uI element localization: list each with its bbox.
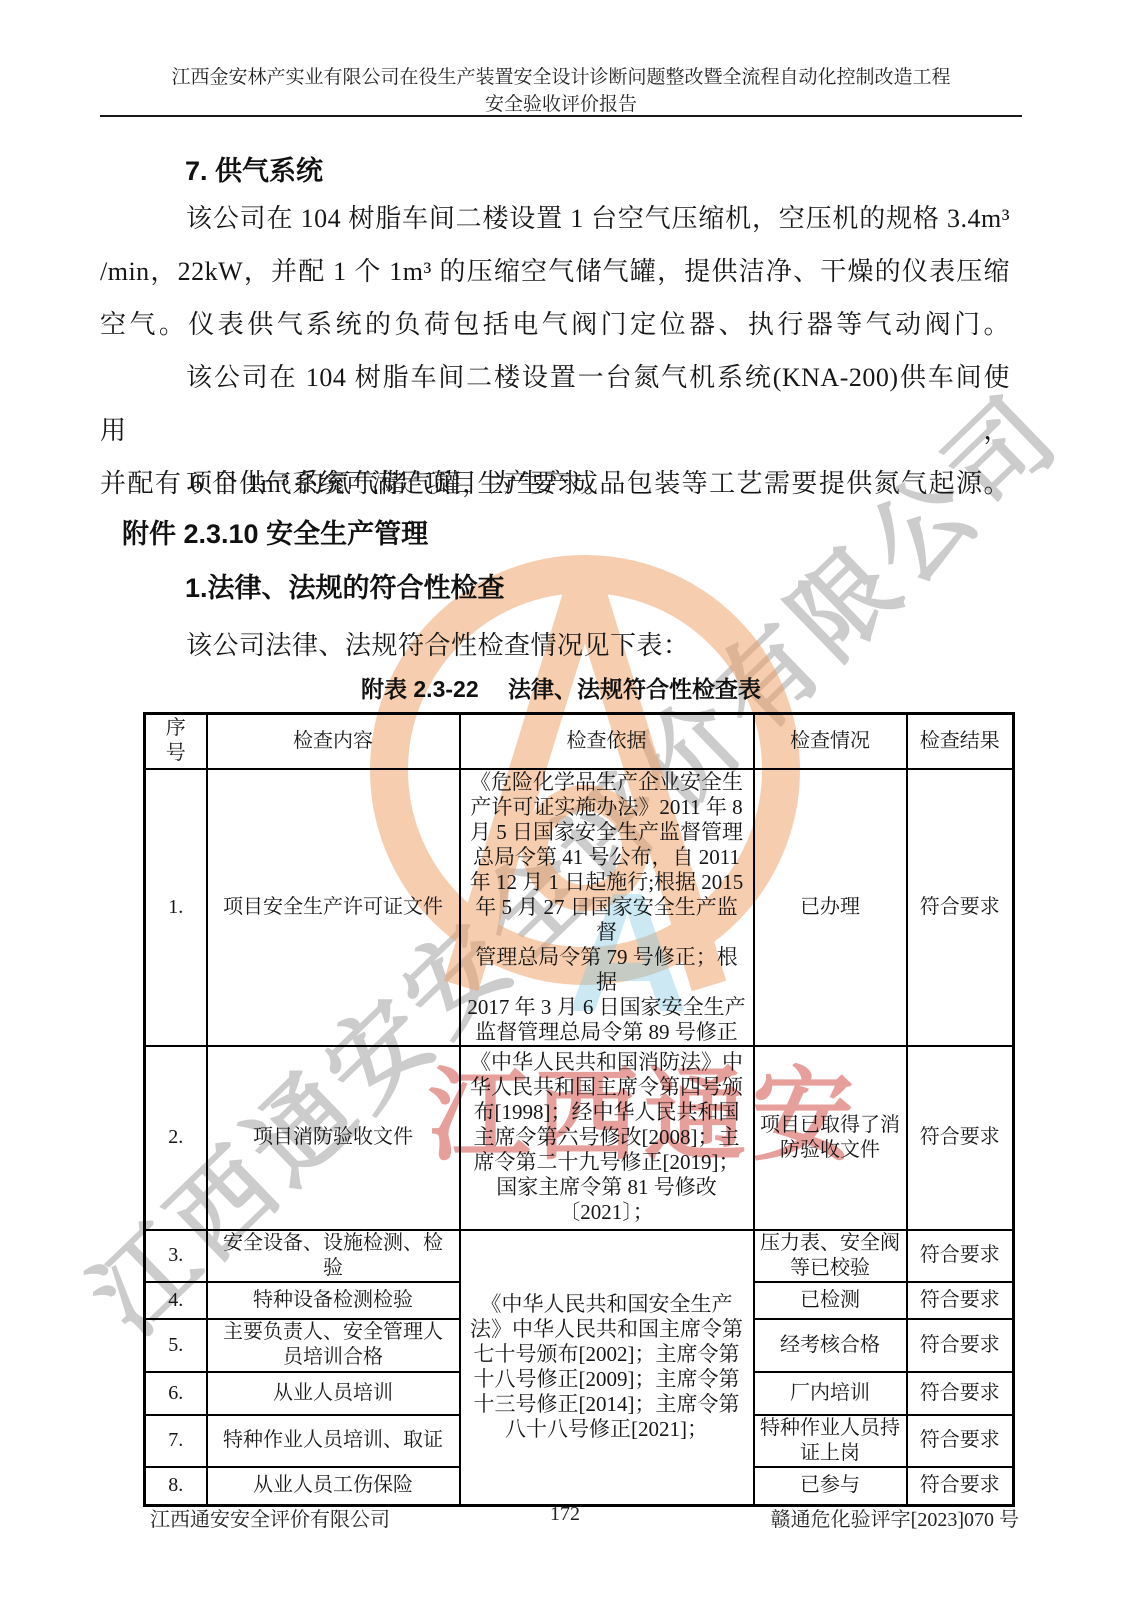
page-footer: 江西通安安全评价有限公司 172 赣通危化验评字[2023]070 号 (0, 1503, 1129, 1533)
footer-page-number: 172 (550, 1503, 580, 1526)
page-header-title: 江西金安林产实业有限公司在役生产装置安全设计诊断问题整改暨全流程自动化控制改造工… (100, 64, 1022, 91)
check-result: 符合要求 (907, 1319, 1014, 1372)
check-basis-merged: 《中华人民共和国安全生产 法》中华人民共和国主席令第 七十号颁布[2002]；主… (460, 1230, 754, 1506)
row-number: 7. (145, 1415, 207, 1467)
row-number: 3. (145, 1230, 207, 1282)
check-content: 项目消防验收文件 (207, 1046, 460, 1230)
check-situation: 特种作业人员持 证上岗 (754, 1415, 907, 1467)
check-result: 符合要求 (907, 1415, 1014, 1467)
section-heading-law-compliance: 1.法律、法规的符合性检查 (185, 566, 505, 605)
page-content: 江西金安林产实业有限公司在役生产装置安全设计诊断问题整改暨全流程自动化控制改造工… (0, 0, 1129, 1600)
column-header-number: 序 号 (145, 714, 207, 769)
check-result: 符合要求 (907, 769, 1014, 1046)
section-heading-attachment-2-3-10: 附件 2.3.10 安全生产管理 (122, 512, 428, 551)
row-number: 5. (145, 1319, 207, 1372)
row-number: 1. (145, 769, 207, 1046)
column-header-result: 检查结果 (907, 714, 1014, 769)
table-row: 2. 项目消防验收文件 《中华人民共和国消防法》中 华人民共和国主席令第四号颁 … (145, 1046, 1014, 1230)
check-content: 主要负责人、安全管理人 员培训合格 (207, 1319, 460, 1372)
check-content: 从业人员培训 (207, 1372, 460, 1415)
check-content: 特种设备检测检验 (207, 1282, 460, 1319)
column-header-situation: 检查情况 (754, 714, 907, 769)
check-result: 符合要求 (907, 1046, 1014, 1230)
check-basis: 《中华人民共和国消防法》中 华人民共和国主席令第四号颁 布[1998]；经中华人… (460, 1046, 754, 1230)
check-situation: 项目已取得了消 防验收文件 (754, 1046, 907, 1230)
check-situation: 厂内培训 (754, 1372, 907, 1415)
page-header: 江西金安林产实业有限公司在役生产装置安全设计诊断问题整改暨全流程自动化控制改造工… (100, 64, 1022, 118)
check-result: 符合要求 (907, 1372, 1014, 1415)
row-number: 2. (145, 1046, 207, 1230)
check-result: 符合要求 (907, 1467, 1014, 1506)
table-row: 1. 项目安全生产许可证文件 《危险化学品生产企业安全生 产许可证实施办法》20… (145, 769, 1014, 1046)
check-result: 符合要求 (907, 1230, 1014, 1282)
column-header-content: 检查内容 (207, 714, 460, 769)
column-header-basis: 检查依据 (460, 714, 754, 769)
compliance-check-table: 序 号 检查内容 检查依据 检查情况 检查结果 1. 项目安全生产许可证文件 《… (143, 712, 1015, 1507)
row-number: 4. (145, 1282, 207, 1319)
check-content: 特种作业人员培训、取证 (207, 1415, 460, 1467)
table-header-row: 序 号 检查内容 检查依据 检查情况 检查结果 (145, 714, 1014, 769)
table-caption: 附表 2.3-22 法律、法规符合性检查表 (100, 671, 1022, 704)
check-basis: 《危险化学品生产企业安全生 产许可证实施办法》2011 年 8 月 5 日国家安… (460, 769, 754, 1046)
check-situation: 已参与 (754, 1467, 907, 1506)
check-situation: 压力表、安全阀 等已校验 (754, 1230, 907, 1282)
check-situation: 经考核合格 (754, 1319, 907, 1372)
section-heading-gas-system: 7. 供气系统 (185, 149, 323, 188)
row-number: 6. (145, 1372, 207, 1415)
check-situation: 已检测 (754, 1282, 907, 1319)
page-header-subtitle: 安全验收评价报告 (100, 91, 1022, 118)
paragraph-table-intro: 该公司法律、法规符合性检查情况见下表： (100, 619, 1010, 672)
paragraph-air-compressor: 该公司在 104 树脂车间二楼设置 1 台空气压缩机，空压机的规格 3.4m³ … (100, 192, 1010, 351)
header-divider (100, 115, 1022, 117)
paragraph-gas-conclusion: 项目供气系统可满足项目生产要求。 (100, 457, 1010, 510)
footer-company: 江西通安安全评价有限公司 (150, 1503, 390, 1532)
footer-doc-number: 赣通危化验评字[2023]070 号 (771, 1503, 1019, 1532)
check-situation: 已办理 (754, 769, 907, 1046)
row-number: 8. (145, 1467, 207, 1506)
check-content: 从业人员工伤保险 (207, 1467, 460, 1506)
check-content: 项目安全生产许可证文件 (207, 769, 460, 1046)
table-row: 3. 安全设备、设施检测、检 验 《中华人民共和国安全生产 法》中华人民共和国主… (145, 1230, 1014, 1282)
document-page: 江西通安安全评价有限公司 A 江西通安 江西金安林产实业有限公司在役生产装置安全… (0, 0, 1129, 1600)
check-result: 符合要求 (907, 1282, 1014, 1319)
check-content: 安全设备、设施检测、检 验 (207, 1230, 460, 1282)
